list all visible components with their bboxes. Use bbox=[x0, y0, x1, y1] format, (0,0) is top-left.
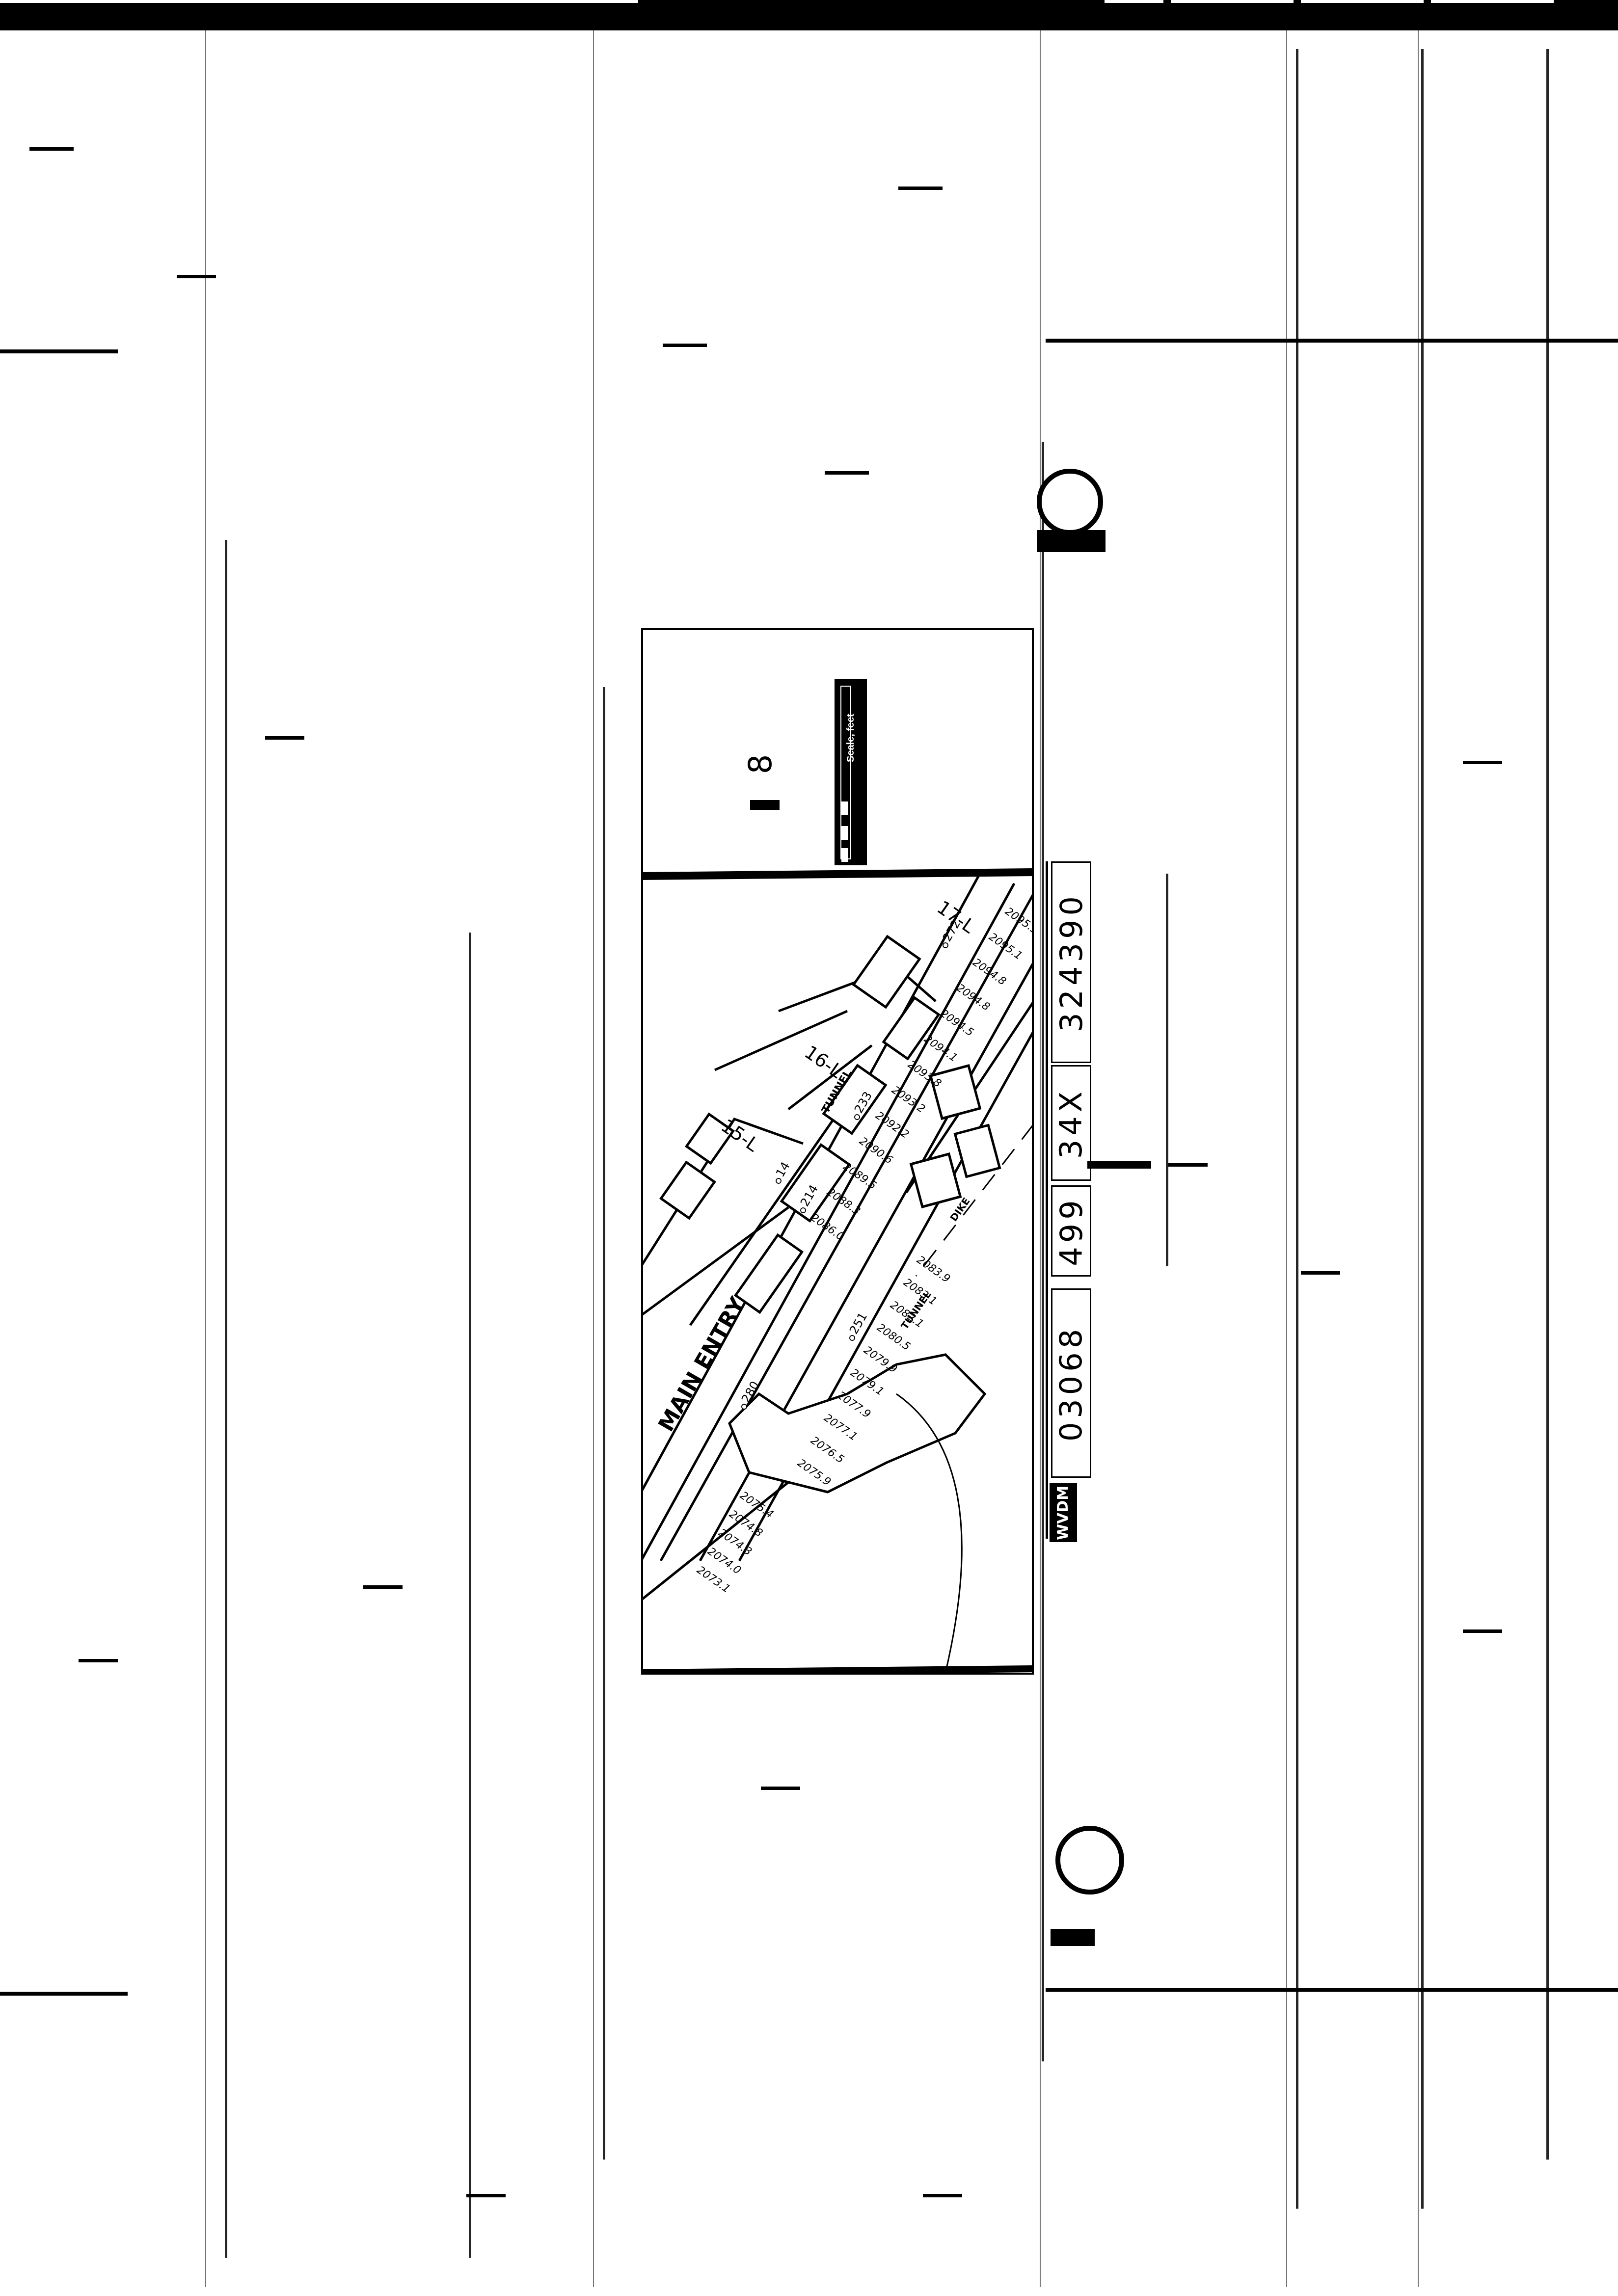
sheet-number: 8 bbox=[751, 746, 785, 795]
elevation-label: 2083.9 bbox=[915, 1254, 952, 1285]
elevation-label: 2095.1 bbox=[987, 931, 1025, 962]
punch-hole-top bbox=[1037, 469, 1103, 535]
border-gap bbox=[1301, 0, 1424, 3]
border-gap bbox=[0, 0, 638, 3]
card-prefix: WVDM bbox=[1050, 1483, 1077, 1542]
card-number-mark bbox=[1087, 1161, 1151, 1169]
elevation-label: 2088.3 bbox=[825, 1186, 863, 1218]
card-number-segment: 03068 bbox=[1051, 1288, 1091, 1478]
elevation-label: 2086.0 bbox=[809, 1211, 846, 1243]
scale-bar: Scale, feet bbox=[835, 679, 867, 865]
scale-bar-label: Scale, feet bbox=[845, 714, 857, 762]
sheet-number-underline bbox=[750, 800, 780, 810]
card-number-segment: 34X bbox=[1051, 1065, 1091, 1181]
film-top-border bbox=[0, 0, 1618, 30]
punch-shadow bbox=[1037, 530, 1106, 552]
punch-shadow bbox=[1051, 1929, 1095, 1946]
border-gap bbox=[1105, 0, 1163, 3]
elevation-label: 2095.5 bbox=[1003, 905, 1034, 937]
border-gap bbox=[1431, 0, 1554, 3]
elevation-label: 2094.8 bbox=[971, 956, 1008, 988]
label-main-entry: MAIN ENTRY bbox=[653, 1293, 751, 1436]
elevation-label: 2079.9 bbox=[862, 1344, 899, 1376]
station-label: 14 bbox=[773, 1160, 793, 1179]
card-number-segment: 499 bbox=[1051, 1185, 1091, 1277]
border-gap bbox=[1171, 0, 1294, 3]
elevation-label: 2094.8 bbox=[954, 982, 992, 1014]
card-number-strip: 324390 34X 499 03068 bbox=[1046, 861, 1092, 1539]
elevation-label: 2094.5 bbox=[938, 1007, 976, 1039]
card-number-segment: 324390 bbox=[1051, 861, 1091, 1063]
punch-hole-bottom bbox=[1055, 1826, 1124, 1895]
